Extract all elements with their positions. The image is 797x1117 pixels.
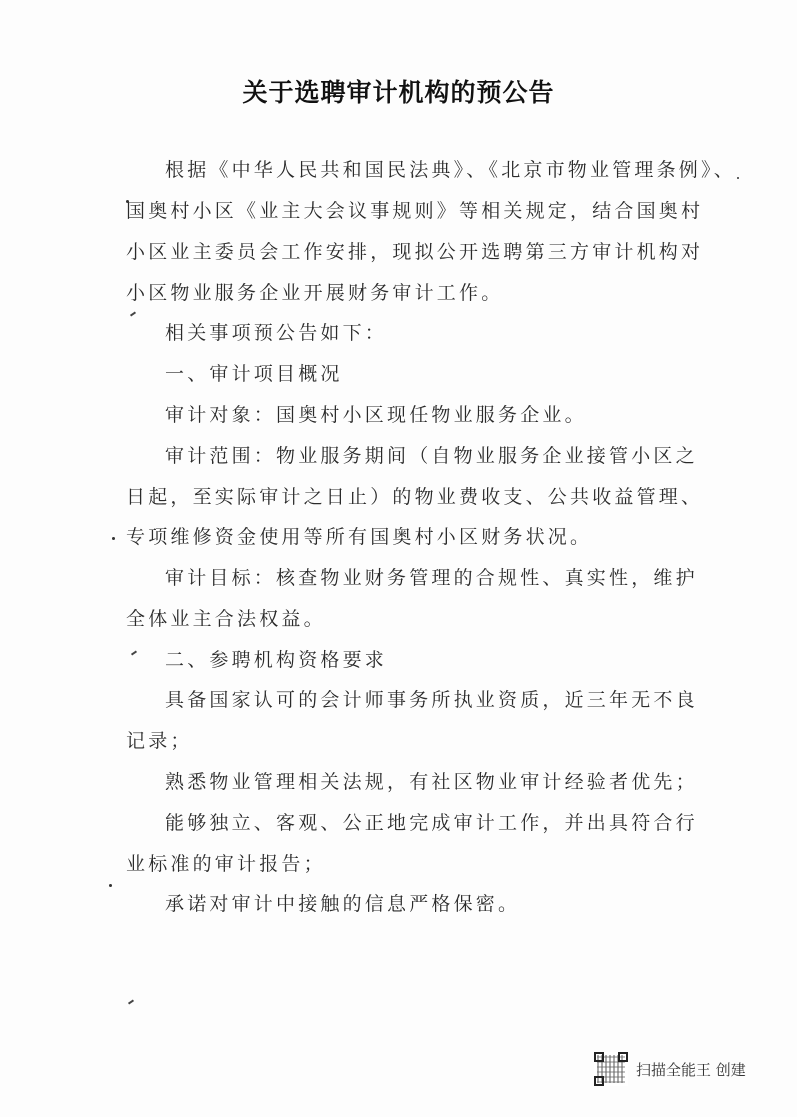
document-line: 全体业主合法权益。 — [126, 604, 326, 631]
document-line: 审计范围：物业服务期间（自物业服务企业接管小区之 — [165, 441, 698, 468]
document-line: 审计目标：核查物业财务管理的合规性、真实性，维护 — [165, 563, 698, 590]
scan-speck — [126, 200, 129, 203]
document-line: 相关事项预公告如下： — [165, 318, 387, 345]
document-line: 国奥村小区《业主大会议事规则》等相关规定，结合国奥村 — [126, 196, 703, 223]
document-line: 审计对象：国奥村小区现任物业服务企业。 — [165, 400, 587, 427]
scan-mark — [130, 311, 136, 316]
scanned-page: 关于选聘审计机构的预公告 根据《中华人民共和国民法典》、《北京市物业管理条例》、… — [0, 0, 797, 1117]
scan-speck — [112, 537, 115, 540]
scan-mark — [128, 999, 134, 1004]
document-line: 记录； — [126, 726, 193, 753]
scan-speck — [737, 177, 739, 179]
document-line: 熟悉物业管理相关法规，有社区物业审计经验者优先； — [165, 767, 698, 794]
document-line: 能够独立、客观、公正地完成审计工作，并出具符合行 — [165, 808, 698, 835]
document-line: 小区业主委员会工作安排，现拟公开选聘第三方审计机构对 — [126, 237, 703, 264]
document-line: 专项维修资金使用等所有国奥村小区财务状况。 — [126, 522, 592, 549]
document-line: 承诺对审计中接触的信息严格保密。 — [165, 889, 520, 916]
scan-mark — [131, 650, 137, 655]
document-line: 根据《中华人民共和国民法典》、《北京市物业管理条例》、 — [165, 155, 736, 182]
watermark-text: 扫描全能王 创建 — [636, 1059, 746, 1080]
document-line: 日起，至实际审计之日止）的物业费收支、公共收益管理、 — [126, 482, 703, 509]
scanner-watermark: 扫描全能王 创建 — [594, 1052, 746, 1086]
document-line: 具备国家认可的会计师事务所执业资质，近三年无不良 — [165, 685, 698, 712]
scan-speck — [109, 884, 112, 887]
document-line: 二、参聘机构资格要求 — [165, 645, 387, 672]
qr-code-icon — [594, 1052, 628, 1086]
document-title: 关于选聘审计机构的预公告 — [0, 73, 797, 109]
document-line: 小区物业服务企业开展财务审计工作。 — [126, 278, 503, 305]
document-line: 业标准的审计报告； — [126, 849, 326, 876]
document-line: 一、审计项目概况 — [165, 359, 343, 386]
